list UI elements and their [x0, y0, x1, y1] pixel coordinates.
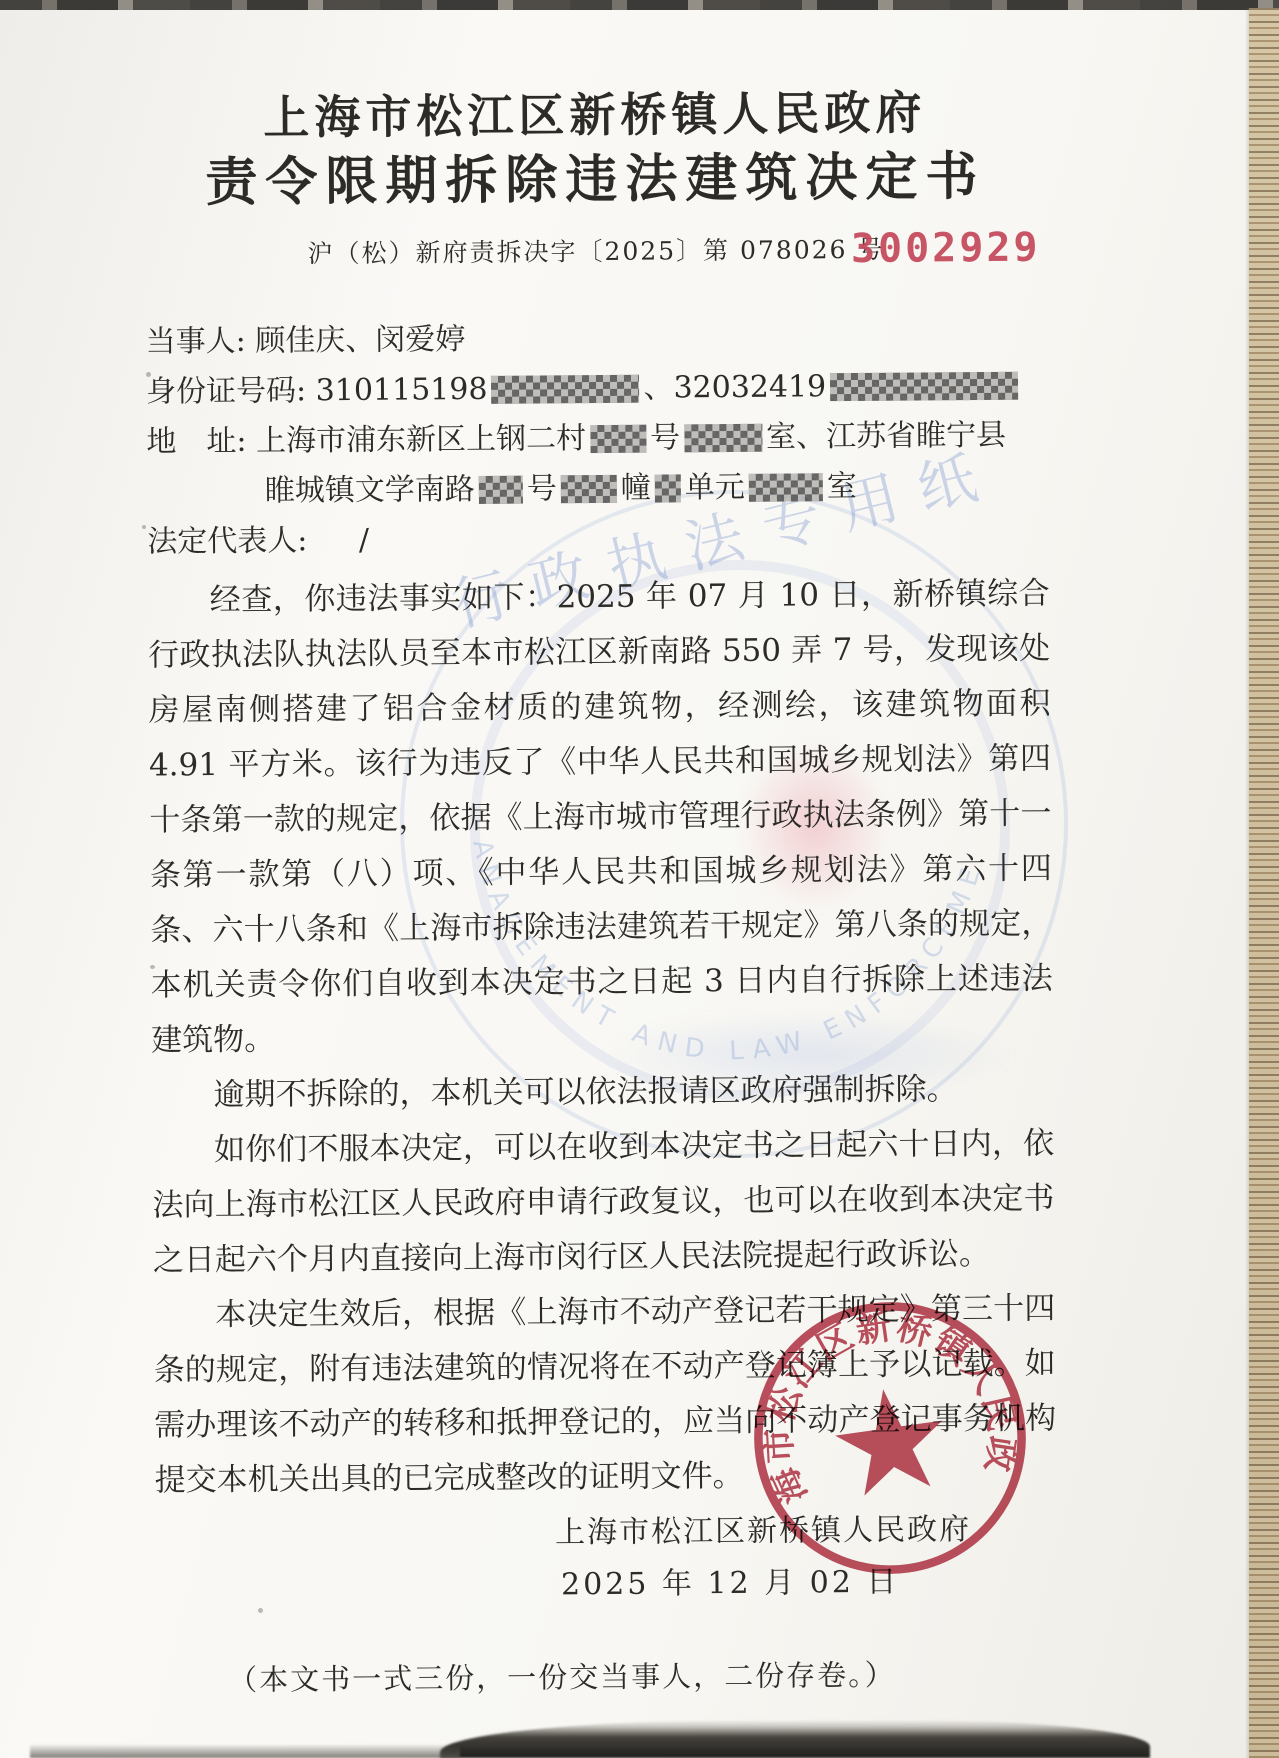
document-photo: 行政执法专用纸 MANAGEMENT AND LAW ENFORCEMENT 上…	[0, 0, 1279, 1758]
party-value: 顾佳庆、闵爱婷	[255, 322, 465, 359]
serial-number-stamp: 3002929	[851, 225, 1041, 272]
body-paragraph-2: 逾期不拆除的，本机关可以依法报请区政府强制拆除。	[151, 1061, 1053, 1123]
address-text: 上海市浦东新区上钢二村	[256, 421, 586, 459]
legal-rep-line: 法定代表人: /	[147, 510, 1049, 567]
address-text: 号	[650, 420, 680, 455]
address-text: 单元	[685, 470, 745, 505]
redaction-block	[684, 424, 762, 453]
authority-title: 上海市松江区新桥镇人民政府	[144, 82, 1046, 147]
wood-table-edge	[1249, 8, 1279, 1758]
official-seal-stamp: 上海市松江区新桥镇人民政府	[730, 1278, 1051, 1599]
id-label: 身份证号码:	[146, 373, 306, 409]
photo-bottom-left-shadow	[30, 1744, 460, 1758]
party-line: 当事人: 顾佳庆、闵爱婷	[145, 310, 1047, 367]
redaction-block	[479, 476, 523, 504]
redaction-block	[655, 474, 681, 502]
photo-bottom-shadow-band	[440, 1720, 1150, 1758]
dust-speck	[142, 525, 146, 529]
id-value-1: 310115198	[316, 372, 488, 408]
id-value-2: 32032419	[673, 369, 826, 405]
redaction-block	[749, 473, 823, 502]
id-number-line: 身份证号码: 310115198、32032419	[146, 360, 1048, 417]
seal-star-icon	[830, 1382, 951, 1499]
body-paragraph-3: 如你们不服本决定，可以在收到本决定书之日起六十日内，依法向上海市松江区人民政府申…	[152, 1116, 1055, 1288]
address-text: 睢城镇文学南路	[265, 472, 475, 509]
body-paragraph-1: 经查，你违法事实如下：2025 年 07 月 10 日，新桥镇综合行政执法队执法…	[147, 566, 1053, 1068]
legal-rep-value: /	[359, 523, 369, 558]
party-info-block: 当事人: 顾佳庆、闵爱婷 身份证号码: 310115198、32032419 地…	[145, 310, 1049, 567]
redaction-block	[491, 375, 639, 404]
address-line-1: 地 址: 上海市浦东新区上钢二村号室、江苏省睢宁县	[146, 410, 1048, 467]
address-text: 室、江苏省睢宁县	[766, 418, 1006, 455]
document-title: 责令限期拆除违法建筑决定书	[144, 144, 1046, 215]
address-text: 室	[827, 469, 857, 504]
id-separator: 、	[643, 370, 673, 405]
photo-top-edge	[0, 0, 1279, 10]
dust-speck	[258, 1608, 263, 1613]
redaction-block	[561, 475, 617, 503]
address-label: 地 址:	[146, 424, 246, 460]
copies-note: （本文书一式三份，一份交当事人，二份存卷。）	[228, 1651, 1058, 1699]
party-label: 当事人:	[146, 324, 246, 360]
dust-speck	[150, 965, 155, 969]
redaction-block	[830, 372, 1018, 401]
address-text: 幢	[621, 471, 651, 506]
dust-speck	[146, 372, 151, 377]
address-text: 号	[527, 471, 557, 506]
redaction-block	[590, 425, 646, 453]
legal-rep-label: 法定代表人:	[147, 523, 307, 559]
address-line-2: 睢城镇文学南路号幢单元室	[147, 460, 1049, 517]
